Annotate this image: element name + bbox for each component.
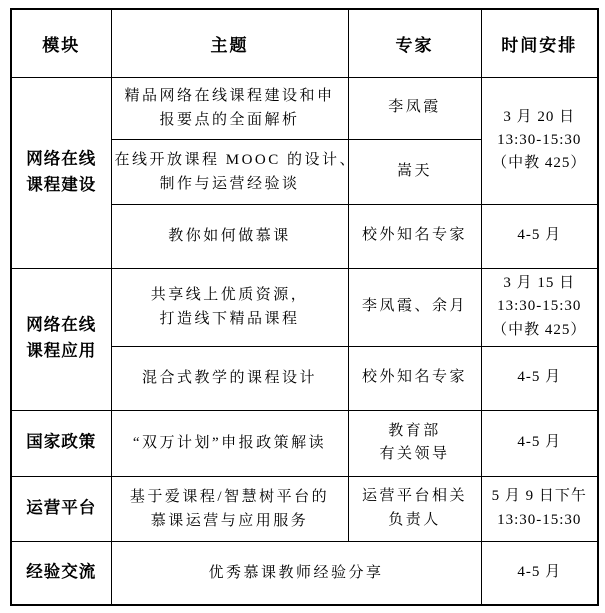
module-cell-experience-sharing: 经验交流 (11, 541, 111, 605)
topic-cell-merged: 优秀慕课教师经验分享 (111, 541, 481, 605)
expert-cell: 李凤霞 (348, 77, 481, 139)
table-row: 网络在线 课程建设 精品网络在线课程建设和申 报要点的全面解析 李凤霞 3 月 … (11, 77, 598, 139)
header-row: 模块 主题 专家 时间安排 (11, 9, 598, 77)
topic-cell: 混合式教学的课程设计 (111, 346, 348, 410)
topic-cell: 在线开放课程 MOOC 的设计、 制作与运营经验谈 (111, 139, 348, 204)
expert-cell: 校外知名专家 (348, 346, 481, 410)
training-schedule-page: 模块 主题 专家 时间安排 网络在线 课程建设 精品网络在线课程建设和申 报要点… (0, 0, 605, 613)
header-cell-schedule: 时间安排 (481, 9, 598, 77)
schedule-cell: 4-5 月 (481, 346, 598, 410)
table-row: 运营平台 基于爱课程/智慧树平台的 慕课运营与应用服务 运营平台相关 负责人 5… (11, 476, 598, 541)
table-row: 网络在线 课程应用 共享线上优质资源， 打造线下精品课程 李凤霞、余月 3 月 … (11, 268, 598, 346)
expert-cell: 嵩天 (348, 139, 481, 204)
expert-cell: 李凤霞、余月 (348, 268, 481, 346)
expert-cell: 教育部 有关领导 (348, 410, 481, 476)
schedule-cell: 4-5 月 (481, 541, 598, 605)
module-cell-online-course-building: 网络在线 课程建设 (11, 77, 111, 268)
schedule-cell: 3 月 15 日 13:30-15:30 （中教 425） (481, 268, 598, 346)
schedule-cell: 4-5 月 (481, 410, 598, 476)
topic-cell: 教你如何做慕课 (111, 204, 348, 268)
module-cell-operation-platform: 运营平台 (11, 476, 111, 541)
module-cell-national-policy: 国家政策 (11, 410, 111, 476)
topic-cell: 基于爱课程/智慧树平台的 慕课运营与应用服务 (111, 476, 348, 541)
expert-cell: 运营平台相关 负责人 (348, 476, 481, 541)
expert-cell: 校外知名专家 (348, 204, 481, 268)
header-cell-topic: 主题 (111, 9, 348, 77)
header-cell-expert: 专家 (348, 9, 481, 77)
schedule-cell: 4-5 月 (481, 204, 598, 268)
module-cell-online-course-application: 网络在线 课程应用 (11, 268, 111, 410)
schedule-cell: 5 月 9 日下午 13:30-15:30 (481, 476, 598, 541)
table-row: 国家政策 “双万计划”申报政策解读 教育部 有关领导 4-5 月 (11, 410, 598, 476)
topic-cell: 共享线上优质资源， 打造线下精品课程 (111, 268, 348, 346)
topic-cell: 精品网络在线课程建设和申 报要点的全面解析 (111, 77, 348, 139)
topic-cell: “双万计划”申报政策解读 (111, 410, 348, 476)
schedule-table: 模块 主题 专家 时间安排 网络在线 课程建设 精品网络在线课程建设和申 报要点… (10, 8, 599, 606)
header-cell-module: 模块 (11, 9, 111, 77)
schedule-cell: 3 月 20 日 13:30-15:30 （中教 425） (481, 77, 598, 204)
table-row: 经验交流 优秀慕课教师经验分享 4-5 月 (11, 541, 598, 605)
